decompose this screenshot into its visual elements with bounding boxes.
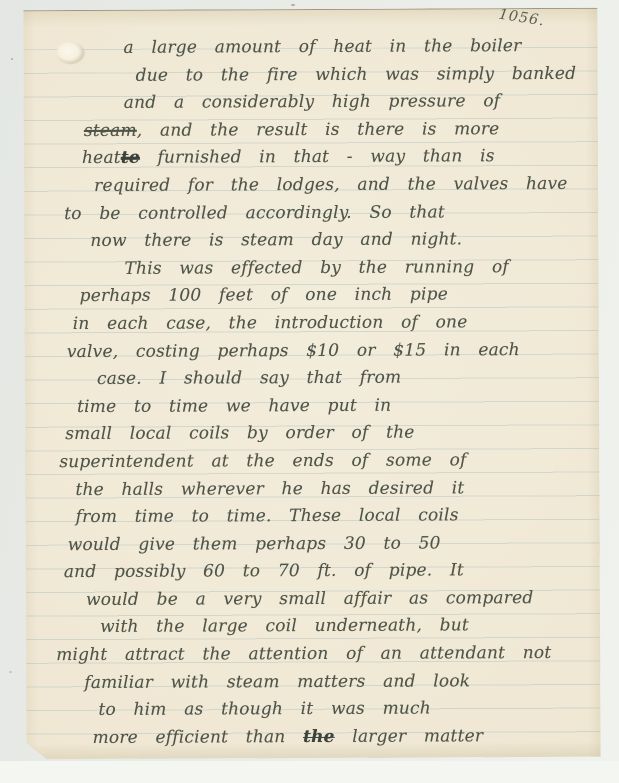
manuscript-line: a large amount of heat in the boiler <box>123 33 593 63</box>
manuscript-page: 1056. a large amount of heat in the boil… <box>23 8 600 759</box>
dust-speck <box>11 58 13 60</box>
dust-speck <box>9 671 12 673</box>
manuscript-line: and possibly 60 to 70 ft. of pipe. It <box>64 557 596 587</box>
struck-word: te <box>121 148 140 168</box>
manuscript-line: This was effected by the running of <box>124 254 594 284</box>
manuscript-line: to him as though it was much <box>98 695 596 725</box>
manuscript-line: small local coils by order of the <box>65 419 595 449</box>
manuscript-line: perhaps 100 feet of one inch pipe <box>80 281 595 311</box>
scanned-document: { "document": { "page_number": "1056.", … <box>0 0 619 783</box>
manuscript-line: familiar with steam matters and look <box>84 667 596 697</box>
manuscript-line: heatte furnished in that - way than is <box>82 143 594 173</box>
manuscript-line: more efficient than the larger matter <box>92 723 596 753</box>
manuscript-line: case. I should say that from <box>97 364 595 394</box>
manuscript-line: and a considerably high pressure of <box>124 88 594 118</box>
manuscript-line: the halls wherever he has desired it <box>75 474 595 504</box>
manuscript-line: from time to time. These local coils <box>76 502 596 532</box>
line-text: , and the result is there is more <box>137 119 500 141</box>
overwritten-word: the <box>303 727 335 747</box>
manuscript-line: would give them perhaps 30 to 50 <box>68 529 596 559</box>
manuscript-line: now there is steam day and night. <box>90 226 594 256</box>
manuscript-line: would be a very small affair as compared <box>86 585 596 615</box>
manuscript-line: in each case, the introduction of one <box>73 309 595 339</box>
dust-speck <box>291 4 295 6</box>
line-text: more efficient than <box>93 727 304 748</box>
manuscript-line: required for the lodges, and the valves … <box>94 171 594 201</box>
manuscript-line: with the large coil underneath, but <box>100 612 596 642</box>
line-text: furnished in that - way than is <box>140 147 495 169</box>
manuscript-line: due to the fire which was simply banked <box>136 60 594 90</box>
page-number: 1056. <box>498 7 546 30</box>
line-text: heat <box>82 148 121 168</box>
manuscript-line: might attract the attention of an attend… <box>56 640 596 670</box>
struck-word: steam <box>84 121 137 141</box>
manuscript-line: valve, costing perhaps $10 or $15 in eac… <box>67 336 595 366</box>
manuscript-line: superintendent at the ends of some of <box>59 447 595 477</box>
manuscript-line: steam, and the result is there is more <box>84 116 594 146</box>
manuscript-line: time to time we have put in <box>77 391 595 421</box>
handwriting-block: a large amount of heat in the boiler due… <box>23 33 596 753</box>
manuscript-line: to be controlled accordingly. So that <box>64 198 594 228</box>
line-text: larger matter <box>335 726 484 747</box>
